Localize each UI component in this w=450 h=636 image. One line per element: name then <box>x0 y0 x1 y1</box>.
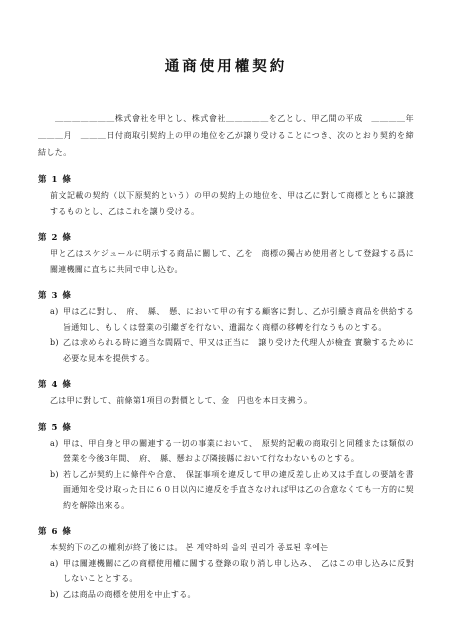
clause-text: 甲は關連機關に乙の商標使用權に關する登錄の取り消し申し込み、 乙はこの申し込みに… <box>63 559 414 584</box>
article-heading: 第 1 條 <box>38 173 414 185</box>
clause-item-b: b) 若し乙が契約上に條件や合意、 保証事項を違反して甲の違反差し止め又は手直し… <box>50 467 414 514</box>
article-heading: 第 2 條 <box>38 231 414 243</box>
clause-item-a: a) 甲は關連機關に乙の商標使用權に關する登錄の取り消し申し込み、 乙はこの申し… <box>50 556 414 587</box>
clause-text: 前文記載の契約（以下原契約という）の甲の契約上の地位を、甲は乙に對して商標ととも… <box>50 188 414 219</box>
clause-label: a) <box>50 304 59 320</box>
page-title: 通商使用權契約 <box>38 55 414 76</box>
article-section-1: 第 1 條 前文記載の契約（以下原契約という）の甲の契約上の地位を、甲は乙に對し… <box>38 173 414 219</box>
article-heading: 第 5 條 <box>38 421 414 433</box>
article-section-5: 第 5 條 a) 甲は、甲自身と甲の關連する一切の事業において、 原契約記載の商… <box>38 421 414 514</box>
clause-item-b: b) 乙は商品の商標を使用を中止する。 <box>50 587 414 603</box>
clause-item-a: a) 甲は乙に對し、 府、 縣、 懸、において甲の有する顧客に對し、乙が引續き商… <box>50 304 414 335</box>
clause-text: 乙は甲に對して、前條第1項目の對價として、金 円也を本日支拂う。 <box>50 393 414 409</box>
article-body: a) 甲は、甲自身と甲の關連する一切の事業において、 原契約記載の商取引と同種ま… <box>50 436 414 514</box>
preamble-paragraph: ＿＿＿＿＿＿＿株式會社を甲とし、株式會社＿＿＿＿＿を乙とし、甲乙間の平成 ＿＿＿… <box>38 110 414 161</box>
clause-text: 甲は乙に對し、 府、 縣、 懸、において甲の有する顧客に對し、乙が引續き商品を供… <box>63 307 414 332</box>
article-section-2: 第 2 條 甲と乙はスケジュールに明示する商品に關して、乙を 商標の獨占め使用者… <box>38 231 414 277</box>
contract-document-page: 通商使用權契約 ＿＿＿＿＿＿＿株式會社を甲とし、株式會社＿＿＿＿＿を乙とし、甲乙… <box>0 0 450 636</box>
clause-label: a) <box>50 436 59 452</box>
clause-label: b) <box>50 335 59 351</box>
clause-item-a: a) 甲は、甲自身と甲の關連する一切の事業において、 原契約記載の商取引と同種ま… <box>50 436 414 467</box>
article-body: 前文記載の契約（以下原契約という）の甲の契約上の地位を、甲は乙に對して商標ととも… <box>50 188 414 219</box>
article-body: 甲と乙はスケジュールに明示する商品に關して、乙を 商標の獨占め使用者として登録す… <box>50 246 414 277</box>
article-section-4: 第 4 條 乙は甲に對して、前條第1項目の對價として、金 円也を本日支拂う。 <box>38 378 414 409</box>
article-body: 乙は甲に對して、前條第1項目の對價として、金 円也を本日支拂う。 <box>50 393 414 409</box>
clause-label: b) <box>50 467 59 483</box>
clause-intro-text: 本契約下の乙の權利が終了後には。 본 계약하의 을의 권리가 종료된 후에는 <box>50 540 414 556</box>
clause-text: 乙は商品の商標を使用を中止する。 <box>63 590 196 599</box>
clause-label: b) <box>50 587 59 603</box>
clause-text: 乙は求められる時に適当な間隔で、甲又は正当に 譲り受けた代理人が檢査 實驗するた… <box>63 338 414 363</box>
article-section-3: 第 3 條 a) 甲は乙に對し、 府、 縣、 懸、において甲の有する顧客に對し、… <box>38 289 414 366</box>
clause-text: 甲と乙はスケジュールに明示する商品に關して、乙を 商標の獨占め使用者として登録す… <box>50 246 414 277</box>
clause-item-b: b) 乙は求められる時に適当な間隔で、甲又は正当に 譲り受けた代理人が檢査 實驗… <box>50 335 414 366</box>
article-heading: 第 3 條 <box>38 289 414 301</box>
article-section-6: 第 6 條 本契約下の乙の權利が終了後には。 본 계약하의 을의 권리가 종료된… <box>38 525 414 602</box>
article-heading: 第 6 條 <box>38 525 414 537</box>
clause-text: 若し乙が契約上に條件や合意、 保証事項を違反して甲の違反差し止め又は手直しの要請… <box>63 470 414 510</box>
clause-label: a) <box>50 556 59 572</box>
clause-text: 甲は、甲自身と甲の關連する一切の事業において、 原契約記載の商取引と同種または類… <box>63 439 414 464</box>
article-body: a) 甲は乙に對し、 府、 縣、 懸、において甲の有する顧客に對し、乙が引續き商… <box>50 304 414 366</box>
article-body: 本契約下の乙の權利が終了後には。 본 계약하의 을의 권리가 종료된 후에는 a… <box>50 540 414 602</box>
article-heading: 第 4 條 <box>38 378 414 390</box>
